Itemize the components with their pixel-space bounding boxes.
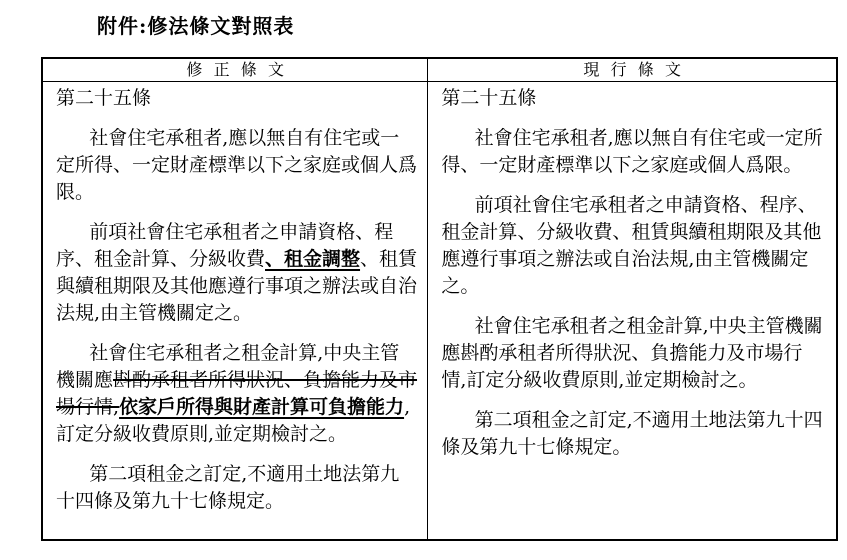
- provision-paragraph: 前項社會住宅承租者之申請資格、程序、租金計算、分級收費、租賃與續租期限及其他應遵…: [441, 192, 826, 300]
- article-number: 第二十五條: [441, 85, 826, 112]
- table-header-row: 修正條文 現行條文: [43, 59, 836, 82]
- comparison-table: 修正條文 現行條文 第二十五條社會住宅承租者,應以無自有住宅或一定所得、一定財產…: [41, 57, 838, 541]
- header-current-column: 現行條文: [428, 59, 836, 81]
- provision-paragraph: 社會住宅承租者之租金計算,中央主管機關應斟酌承租者所得狀況、負擔能力及市場行情,…: [441, 313, 826, 394]
- provision-paragraph: 社會住宅承租者,應以無自有住宅或一定所得、一定財產標準以下之家庭或個人爲限。: [441, 125, 826, 179]
- added-text: 依家戶所得與財產計算可負擔能力: [119, 396, 404, 418]
- text-run: 前項社會住宅承租者之申請資格、程序、租金計算、分級收費、租賃與續租期限及其他應遵…: [441, 194, 821, 297]
- header-amended-column: 修正條文: [43, 59, 428, 81]
- document-title: 附件:修法條文對照表: [97, 10, 294, 39]
- text-run: 第二項租金之訂定,不適用土地法第九十四條及第九十七條規定。: [56, 463, 399, 512]
- provision-paragraph: 前項社會住宅承租者之申請資格、程序、租金計算、分級收費、租金調整、租賃與續租期限…: [56, 219, 417, 327]
- text-run: 社會住宅承租者,應以無自有住宅或一定所得、一定財產標準以下之家庭或個人爲限。: [441, 127, 822, 176]
- added-text: 、租金調整: [265, 248, 360, 270]
- current-provision-cell: 第二十五條社會住宅承租者,應以無自有住宅或一定所得、一定財產標準以下之家庭或個人…: [428, 82, 836, 539]
- provision-paragraph: 社會住宅承租者之租金計算,中央主管機關應斟酌承租者所得狀況、負擔能力及市場行情,…: [56, 340, 417, 448]
- provision-paragraph: 第二項租金之訂定,不適用土地法第九十四條及第九十七條規定。: [441, 407, 826, 461]
- table-body-row: 第二十五條社會住宅承租者,應以無自有住宅或一定所得、一定財產標準以下之家庭或個人…: [43, 82, 836, 539]
- provision-paragraph: 社會住宅承租者,應以無自有住宅或一定所得、一定財產標準以下之家庭或個人爲限。: [56, 125, 417, 206]
- text-run: 社會住宅承租者之租金計算,中央主管機關應斟酌承租者所得狀況、負擔能力及市場行情,…: [441, 315, 822, 391]
- provision-paragraph: 第二項租金之訂定,不適用土地法第九十四條及第九十七條規定。: [56, 461, 417, 515]
- article-number: 第二十五條: [56, 85, 417, 112]
- text-run: 第二項租金之訂定,不適用土地法第九十四條及第九十七條規定。: [441, 409, 822, 458]
- text-run: 社會住宅承租者,應以無自有住宅或一定所得、一定財產標準以下之家庭或個人爲限。: [56, 127, 417, 203]
- amended-provision-cell: 第二十五條社會住宅承租者,應以無自有住宅或一定所得、一定財產標準以下之家庭或個人…: [43, 82, 428, 539]
